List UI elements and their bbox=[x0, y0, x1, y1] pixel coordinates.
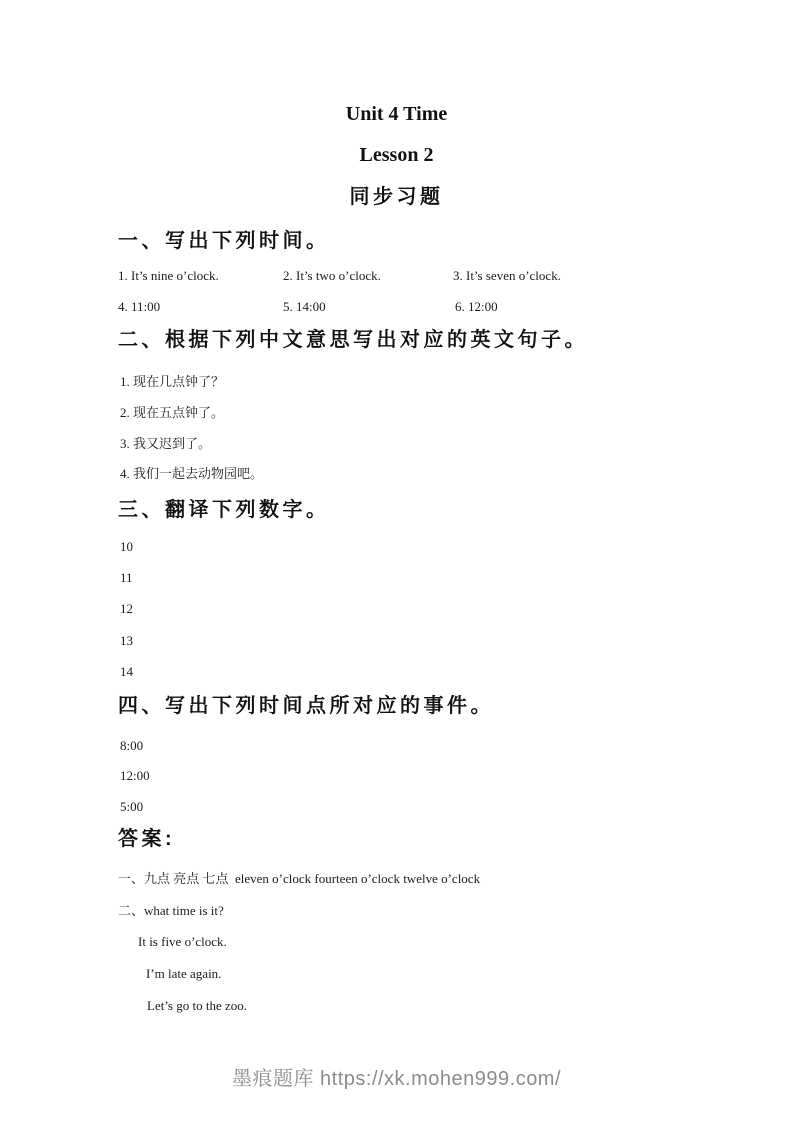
section-3-item-3: 12 bbox=[120, 602, 133, 617]
section-4-item-2: 12:00 bbox=[120, 769, 150, 784]
section-3-item-4: 13 bbox=[120, 634, 133, 649]
section-3-item-2: 11 bbox=[120, 571, 133, 586]
section-2-item-2: 2. 现在五点钟了。 bbox=[120, 406, 224, 421]
answers-heading: 答案: bbox=[118, 828, 175, 851]
section-4-item-1: 8:00 bbox=[120, 739, 143, 754]
section-4-item-3: 5:00 bbox=[120, 800, 143, 815]
answer-line-2: 二、what time is it? bbox=[118, 904, 224, 919]
answer-line-5: Let’s go to the zoo. bbox=[147, 999, 247, 1014]
worksheet-page: Unit 4 Time Lesson 2 同步习题 一、写出下列时间。 1. I… bbox=[0, 0, 793, 1122]
section-1-item-2: 2. It’s two o’clock. bbox=[283, 269, 381, 284]
answer-line-4: I’m late again. bbox=[146, 967, 221, 982]
subtitle: 同步习题 bbox=[0, 186, 793, 209]
answer-line-3: It is five o’clock. bbox=[138, 935, 227, 950]
footer-watermark: 墨痕题库 https://xk.mohen999.com/ bbox=[0, 1068, 793, 1091]
section-1-item-3: 3. It’s seven o’clock. bbox=[453, 269, 561, 284]
section-2-item-4: 4. 我们一起去动物园吧。 bbox=[120, 467, 263, 482]
section-2-item-3: 3. 我又迟到了。 bbox=[120, 437, 211, 452]
section-4-heading: 四、写出下列时间点所对应的事件。 bbox=[118, 695, 494, 718]
section-1-item-6: 6. 12:00 bbox=[455, 300, 498, 315]
section-3-item-5: 14 bbox=[120, 665, 133, 680]
section-1-item-4: 4. 11:00 bbox=[118, 300, 160, 315]
answer-line-1: 一、九点 亮点 七点 eleven o’clock fourteen o’clo… bbox=[118, 872, 480, 887]
section-1-heading: 一、写出下列时间。 bbox=[118, 230, 330, 253]
section-3-item-1: 10 bbox=[120, 540, 133, 555]
unit-title: Unit 4 Time bbox=[0, 103, 793, 126]
section-3-heading: 三、翻译下列数字。 bbox=[118, 499, 330, 522]
section-2-item-1: 1. 现在几点钟了？ bbox=[120, 375, 224, 390]
section-1-item-1: 1. It’s nine o’clock. bbox=[118, 269, 219, 284]
lesson-title: Lesson 2 bbox=[0, 144, 793, 167]
section-2-heading: 二、根据下列中文意思写出对应的英文句子。 bbox=[118, 329, 588, 352]
section-1-item-5: 5. 14:00 bbox=[283, 300, 326, 315]
